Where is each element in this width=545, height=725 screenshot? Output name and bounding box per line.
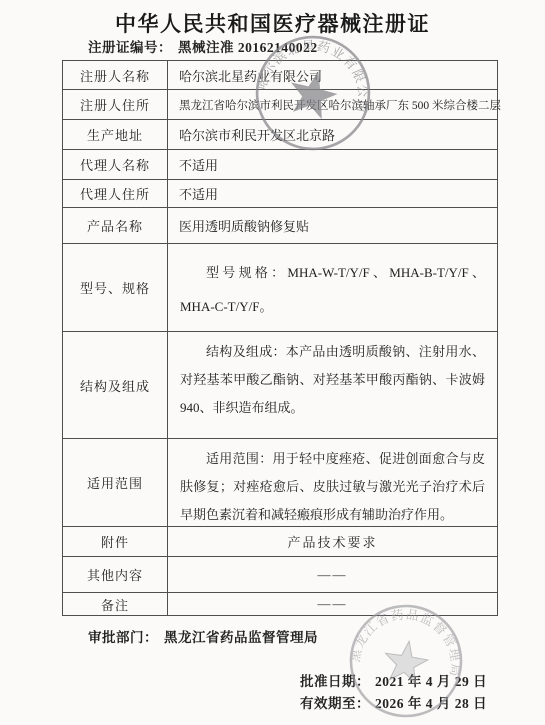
approval-department-value: 黑龙江省药品监督管理局 (164, 630, 318, 645)
row-product-name: 产品名称 医用透明质酸钠修复贴 (63, 207, 497, 243)
row-agent-address: 代理人住所 不适用 (63, 179, 497, 207)
row-scope-of-application: 适用范围 适用范围：用于轻中度痤疮、促进创面愈合与皮肤修复；对痤疮愈后、皮肤过敏… (63, 438, 497, 526)
row-label: 备注 (63, 593, 168, 615)
row-attachment: 附件 产品技术要求 (63, 526, 497, 556)
registration-number-label: 注册证编号： (88, 40, 172, 55)
expiry-date-value: 2026 年 4 月 28 日 (375, 696, 487, 711)
row-registrant-name: 注册人名称 哈尔滨北星药业有限公司 (63, 61, 497, 89)
row-label: 附件 (63, 527, 168, 556)
registration-number-line: 注册证编号：黑械注准 20162140022 (88, 36, 318, 56)
certificate-page: 中华人民共和国医疗器械注册证 注册证编号：黑械注准 20162140022 注册… (0, 0, 545, 725)
row-label: 代理人住所 (63, 180, 168, 207)
row-label: 代理人名称 (63, 150, 168, 179)
approval-department-label: 审批部门： (88, 630, 158, 645)
row-value: 哈尔滨北星药业有限公司 (168, 61, 497, 89)
row-value: 适用范围：用于轻中度痤疮、促进创面愈合与皮肤修复；对痤疮愈后、皮肤过敏与激光光子… (168, 439, 497, 526)
row-label: 生产地址 (63, 120, 168, 149)
row-label: 注册人名称 (63, 61, 168, 89)
row-label: 其他内容 (63, 557, 168, 592)
row-value: 哈尔滨市利民开发区北京路 (168, 120, 497, 149)
row-production-address: 生产地址 哈尔滨市利民开发区北京路 (63, 119, 497, 149)
approval-department-line: 审批部门：黑龙江省药品监督管理局 (88, 626, 318, 646)
expiry-date-label: 有效期至： (300, 696, 370, 711)
certificate-table: 注册人名称 哈尔滨北星药业有限公司 注册人住所 黑龙江省哈尔滨市利民开发区哈尔滨… (62, 60, 498, 616)
row-value: 不适用 (168, 150, 497, 179)
approval-date-line: 批准日期：2021 年 4 月 29 日 (300, 671, 487, 693)
row-value: 不适用 (168, 180, 497, 207)
row-value: 结构及组成：本产品由透明质酸钠、注射用水、对羟基苯甲酸乙酯钠、对羟基苯甲酸丙酯钠… (168, 332, 497, 438)
row-other-content: 其他内容 —— (63, 556, 497, 592)
row-label: 注册人住所 (63, 90, 168, 119)
row-value: 黑龙江省哈尔滨市利民开发区哈尔滨轴承厂东 500 米综合楼二层 (168, 90, 503, 119)
row-label: 结构及组成 (63, 332, 168, 438)
row-label: 型号、规格 (63, 244, 168, 331)
approval-date-label: 批准日期： (300, 674, 370, 689)
certificate-title: 中华人民共和国医疗器械注册证 (0, 8, 545, 38)
row-agent-name: 代理人名称 不适用 (63, 149, 497, 179)
row-value: 医用透明质酸钠修复贴 (168, 208, 497, 243)
approval-date-value: 2021 年 4 月 29 日 (375, 674, 487, 689)
row-value: —— (168, 557, 497, 592)
row-structure-composition: 结构及组成 结构及组成：本产品由透明质酸钠、注射用水、对羟基苯甲酸乙酯钠、对羟基… (63, 331, 497, 438)
date-lines: 批准日期：2021 年 4 月 29 日 有效期至：2026 年 4 月 28 … (300, 671, 487, 715)
registration-number-value: 黑械注准 20162140022 (178, 40, 318, 55)
row-label: 产品名称 (63, 208, 168, 243)
row-value: —— (168, 593, 497, 615)
row-model-spec: 型号、规格 型 号 规 格 ： MHA-W-T/Y/F 、 MHA-B-T/Y/… (63, 243, 497, 331)
row-label: 适用范围 (63, 439, 168, 526)
row-value: 型 号 规 格 ： MHA-W-T/Y/F 、 MHA-B-T/Y/F 、MHA… (168, 244, 497, 331)
row-remarks: 备注 —— (63, 592, 497, 615)
row-registrant-address: 注册人住所 黑龙江省哈尔滨市利民开发区哈尔滨轴承厂东 500 米综合楼二层 (63, 89, 497, 119)
expiry-date-line: 有效期至：2026 年 4 月 28 日 (300, 693, 487, 715)
row-value: 产品技术要求 (168, 527, 497, 556)
